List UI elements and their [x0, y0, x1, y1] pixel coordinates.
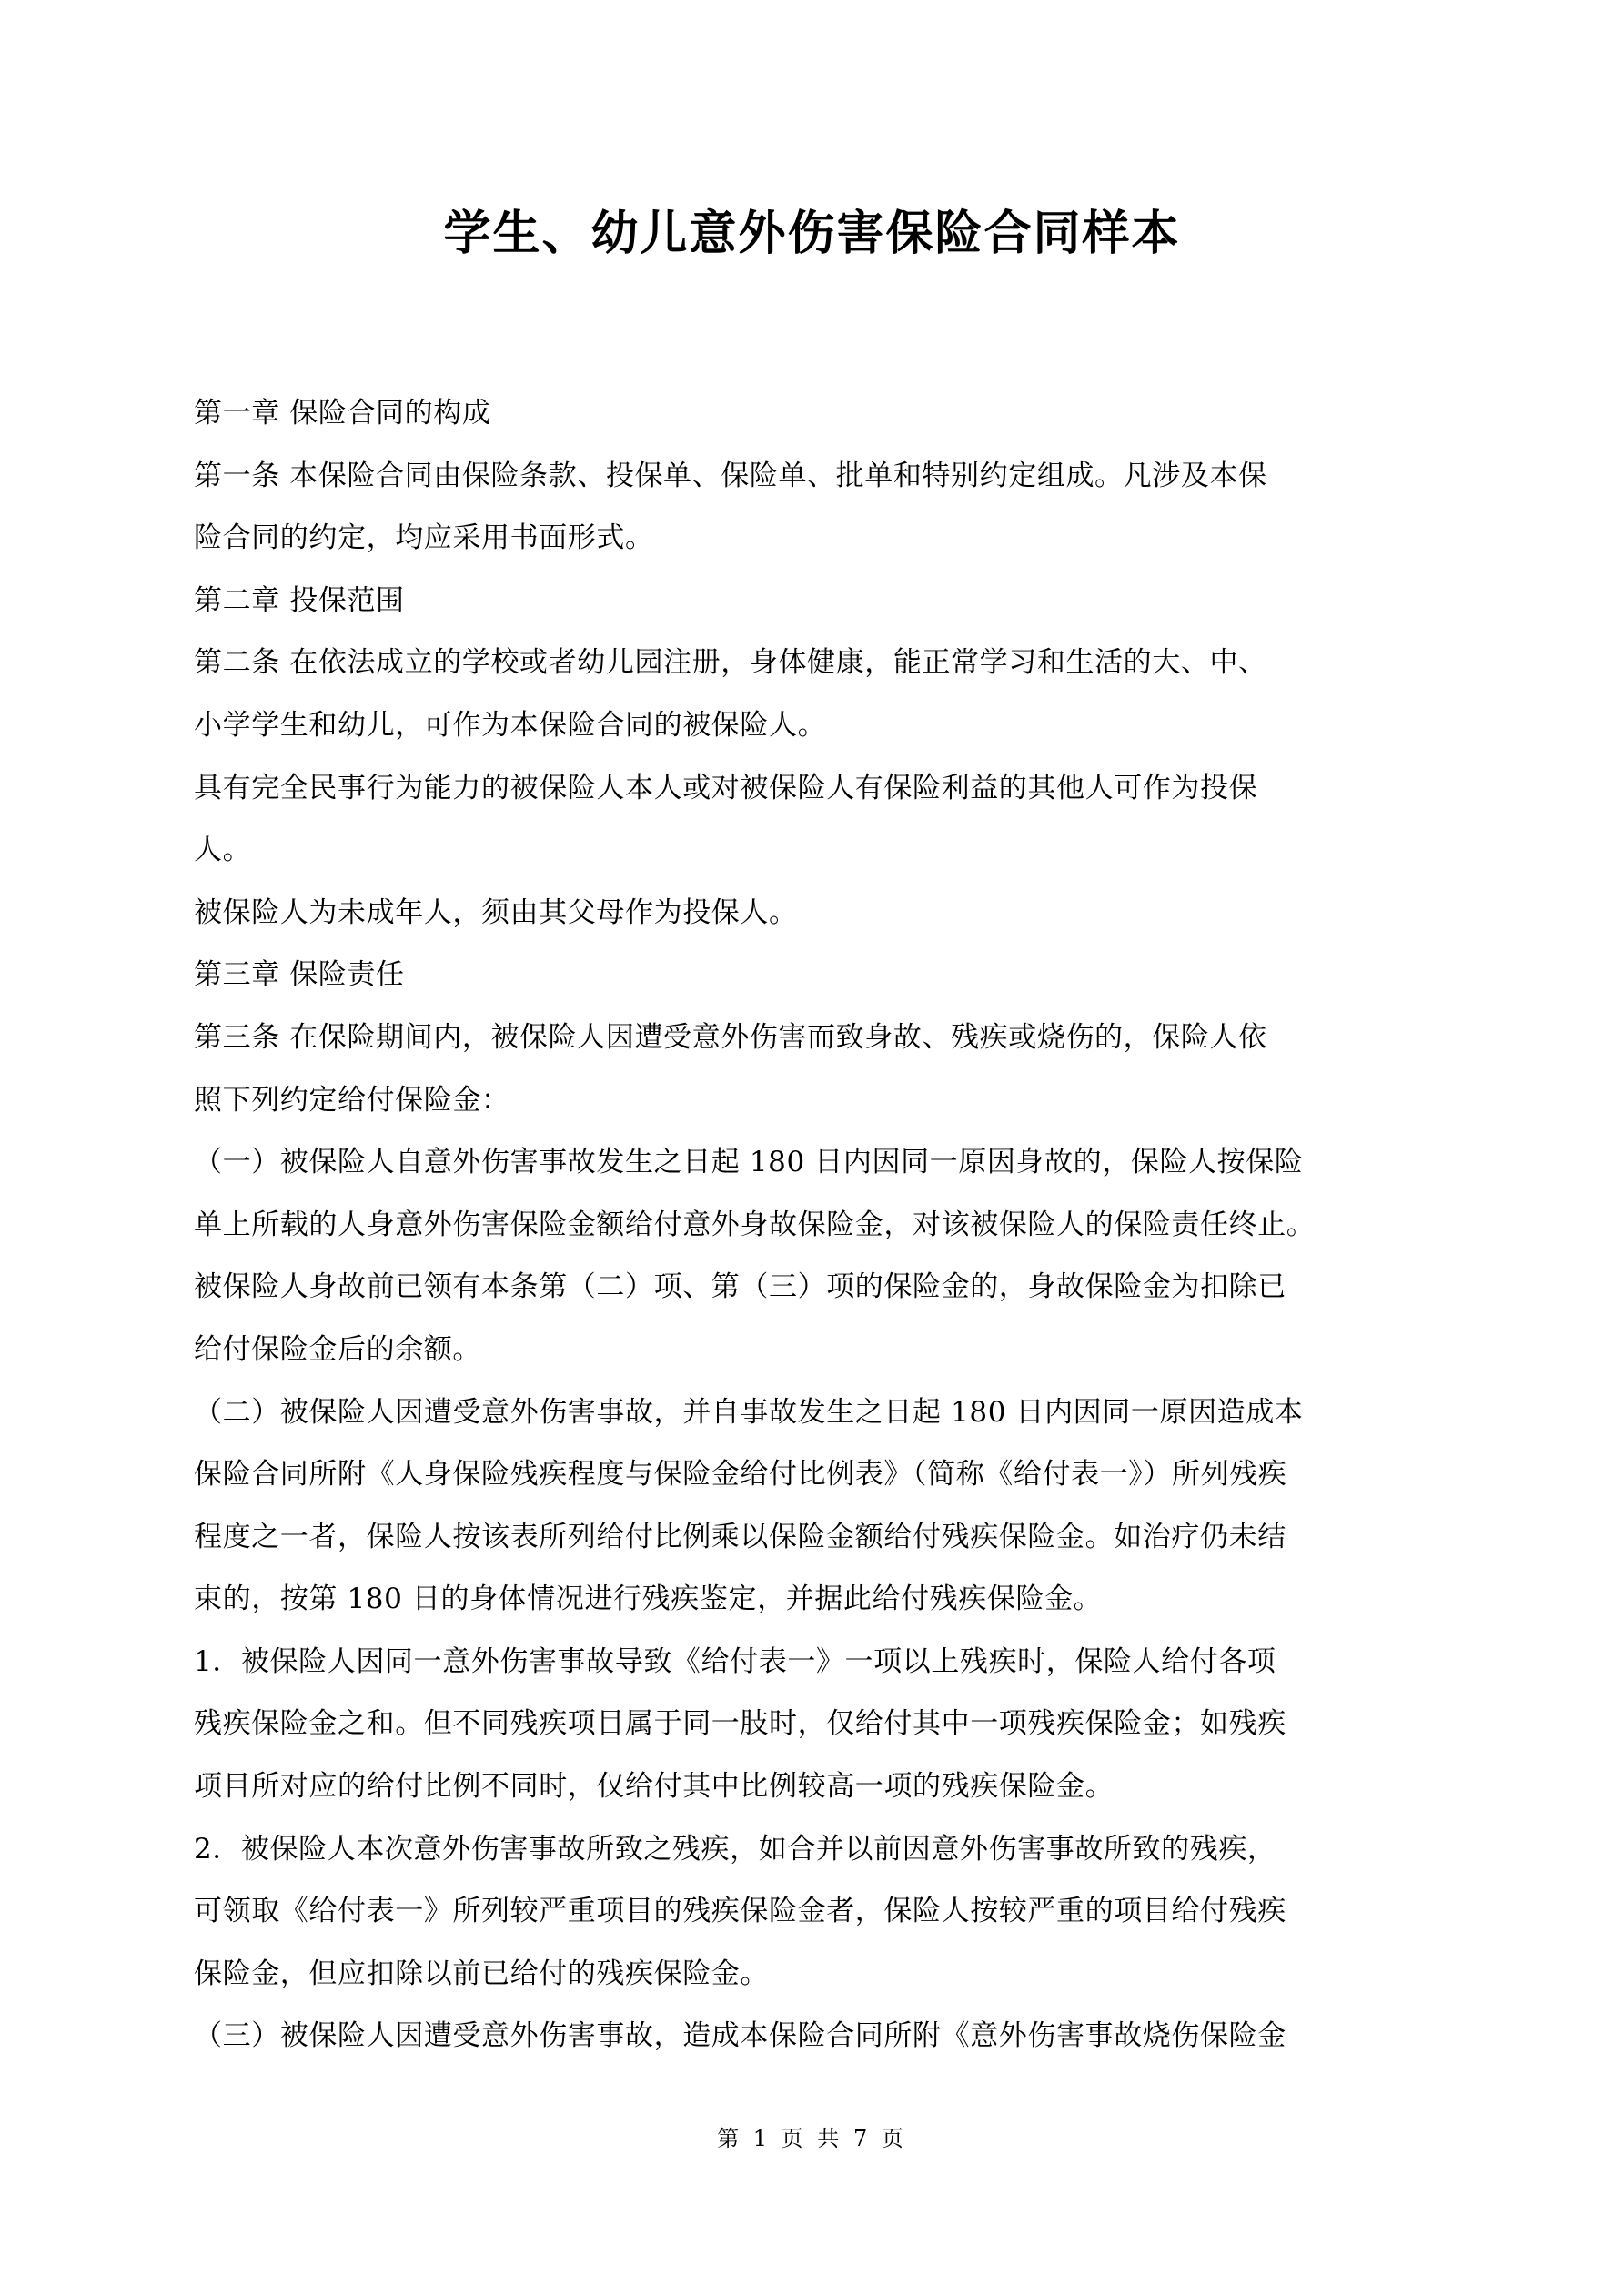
numbered-item-line: 保险金，但应扣除以前已给付的残疾保险金。 — [194, 1943, 1449, 2006]
clause-line: （二）被保险人因遭受意外伤害事故，并自事故发生之日起 180 日内因同一原因造成… — [194, 1381, 1449, 1444]
chapter-heading: 第二章 投保范围 — [194, 570, 1449, 632]
document-title: 学生、幼儿意外伤害保险合同样本 — [0, 202, 1624, 266]
clause-line: （一）被保险人自意外伤害事故发生之日起 180 日内因同一原因身故的，保险人按保… — [194, 1131, 1449, 1194]
clause-line: 单上所载的人身意外伤害保险金额给付意外身故保险金，对该被保险人的保险责任终止。 — [194, 1194, 1449, 1257]
document-page: 学生、幼儿意外伤害保险合同样本 第一章 保险合同的构成 第一条 本保险合同由保险… — [0, 0, 1624, 2296]
article-line: 照下列约定给付保险金： — [194, 1069, 1449, 1132]
numbered-item-line: 可领取《给付表一》所列较严重项目的残疾保险金者，保险人按较严重的项目给付残疾 — [194, 1880, 1449, 1943]
article-line: 第二条 在依法成立的学校或者幼儿园注册，身体健康，能正常学习和生活的大、中、 — [194, 632, 1449, 694]
clause-line: 程度之一者，保险人按该表所列给付比例乘以保险金额给付残疾保险金。如治疗仍未结 — [194, 1506, 1449, 1569]
chapter-heading: 第三章 保险责任 — [194, 944, 1449, 1006]
article-line: 第三条 在保险期间内，被保险人因遭受意外伤害而致身故、残疾或烧伤的，保险人依 — [194, 1006, 1449, 1069]
paragraph-line: 被保险人为未成年人，须由其父母作为投保人。 — [194, 882, 1449, 945]
article-line: 第一条 本保险合同由保险条款、投保单、保险单、批单和特别约定组成。凡涉及本保 — [194, 445, 1449, 508]
clause-line: 保险合同所附《人身保险残疾程度与保险金给付比例表》（简称《给付表一》）所列残疾 — [194, 1443, 1449, 1506]
paragraph-line: 人。 — [194, 819, 1449, 882]
document-body: 第一章 保险合同的构成 第一条 本保险合同由保险条款、投保单、保险单、批单和特别… — [194, 382, 1449, 2068]
chapter-heading: 第一章 保险合同的构成 — [194, 382, 1449, 445]
page-number-footer: 第 1 页 共 7 页 — [0, 2120, 1624, 2157]
numbered-item-line: 1．被保险人因同一意外伤害事故导致《给付表一》一项以上残疾时，保险人给付各项 — [194, 1631, 1449, 1694]
numbered-item-line: 项目所对应的给付比例不同时，仅给付其中比例较高一项的残疾保险金。 — [194, 1755, 1449, 1818]
clause-line: 被保险人身故前已领有本条第（二）项、第（三）项的保险金的，身故保险金为扣除已 — [194, 1256, 1449, 1319]
article-line: 小学学生和幼儿，可作为本保险合同的被保险人。 — [194, 694, 1449, 757]
article-line: 险合同的约定，均应采用书面形式。 — [194, 507, 1449, 570]
clause-line: （三）被保险人因遭受意外伤害事故，造成本保险合同所附《意外伤害事故烧伤保险金 — [194, 2005, 1449, 2068]
clause-line: 束的，按第 180 日的身体情况进行残疾鉴定，并据此给付残疾保险金。 — [194, 1568, 1449, 1631]
numbered-item-line: 2．被保险人本次意外伤害事故所致之残疾，如合并以前因意外伤害事故所致的残疾， — [194, 1818, 1449, 1881]
numbered-item-line: 残疾保险金之和。但不同残疾项目属于同一肢时，仅给付其中一项残疾保险金；如残疾 — [194, 1693, 1449, 1755]
paragraph-line: 具有完全民事行为能力的被保险人本人或对被保险人有保险利益的其他人可作为投保 — [194, 757, 1449, 820]
clause-line: 给付保险金后的余额。 — [194, 1319, 1449, 1381]
